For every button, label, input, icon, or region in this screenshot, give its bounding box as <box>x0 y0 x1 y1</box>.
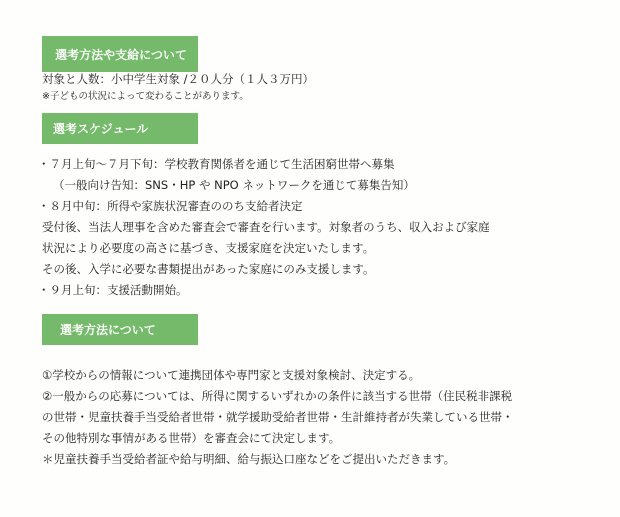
schedule-line: ・８月中旬：所得や家族状況審査ののち支給者決定 <box>38 196 490 217</box>
method-block: ①学校からの情報について連携団体や専門家と支援対象検討、決定する。 ②一般からの… <box>42 365 514 470</box>
heading-label: 選考方法や支給について <box>55 46 187 63</box>
method-line: ②一般からの応募については、所得に関するいずれかの条件に該当する世帯（住民税非課… <box>42 386 514 407</box>
section-heading-schedule: 選考スケジュール <box>42 113 198 144</box>
method-line: の世帯・児童扶養手当受給者世帯・就学援助受給者世帯・生計維持者が失業している世帯… <box>42 407 514 428</box>
schedule-line: （一般向け告知：SNS・HP や NPO ネットワークを通じて募集告知） <box>38 175 490 196</box>
heading-label: 選考方法について <box>60 321 156 338</box>
schedule-line: ・７月上旬〜７月下旬：学校教育関係者を通じて生活困窮世帯へ募集 <box>38 154 490 175</box>
note-text: ※子どもの状況によって変わることがあります。 <box>42 88 314 106</box>
target-count-text: 対象と人数：小中学生対象 /２０人分（１人３万円） <box>42 70 314 88</box>
schedule-line: 状況により必要度の高さに基づき、支援家庭を決定いたします。 <box>38 238 490 259</box>
intro-block: 対象と人数：小中学生対象 /２０人分（１人３万円） ※子どもの状況によって変わる… <box>42 70 314 106</box>
method-line: ①学校からの情報について連携団体や専門家と支援対象検討、決定する。 <box>42 365 514 386</box>
section-heading-method: 選考方法について <box>42 314 198 345</box>
schedule-line: ・９月上旬：支援活動開始。 <box>38 280 490 301</box>
section-heading-selection-support: 選考方法や支給について <box>42 36 198 72</box>
schedule-block: ・７月上旬〜７月下旬：学校教育関係者を通じて生活困窮世帯へ募集 （一般向け告知：… <box>38 154 490 301</box>
schedule-line: その後、入学に必要な書類提出があった家庭にのみ支援します。 <box>38 259 490 280</box>
heading-label: 選考スケジュール <box>53 120 148 137</box>
schedule-line: 受付後、当法人理事を含めた審査会で審査を行います。対象者のうち、収入および家庭 <box>38 217 490 238</box>
method-line: ＊児童扶養手当受給者証や給与明細、給与振込口座などをご提出いただきます。 <box>42 449 514 470</box>
method-line: その他特別な事情がある世帯）を審査会にて決定します。 <box>42 428 514 449</box>
